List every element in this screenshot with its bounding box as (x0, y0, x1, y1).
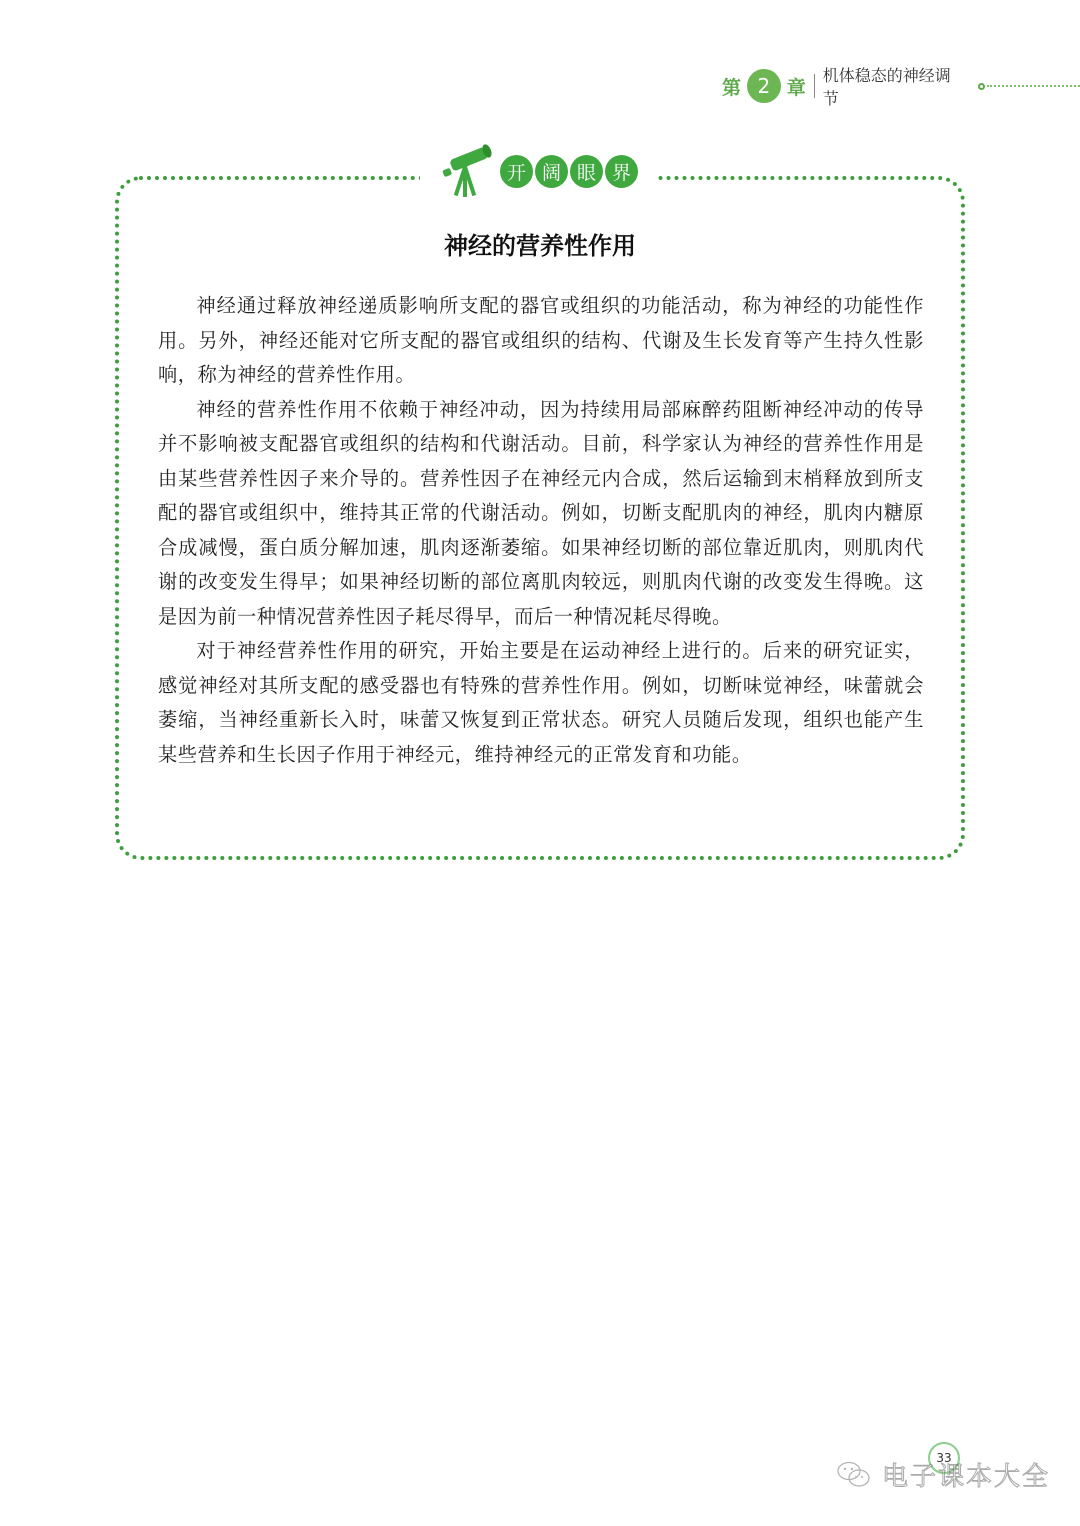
section-badge-label: 开 阔 眼 界 (500, 155, 638, 188)
telescope-icon (440, 143, 496, 199)
article-body: 神经通过释放神经递质影响所支配的器官或组织的功能活动，称为神经的功能性作用。另外… (158, 289, 924, 772)
section-badge: 开 阔 眼 界 (420, 140, 658, 202)
watermark-text: 电子课本大全 (882, 1456, 1050, 1493)
article-title: 神经的营养性作用 (0, 226, 1080, 261)
chapter-header: 第 2 章 机体稳态的神经调节 (722, 68, 1080, 104)
badge-char: 眼 (570, 155, 603, 188)
chapter-prefix: 第 (722, 73, 741, 100)
divider (814, 74, 815, 98)
paragraph: 神经的营养性作用不依赖于神经冲动，因为持续用局部麻醉药阻断神经冲动的传导并不影响… (158, 393, 924, 635)
watermark: 电子课本大全 (836, 1456, 1050, 1493)
chapter-title: 机体稳态的神经调节 (823, 63, 966, 109)
chapter-suffix: 章 (787, 73, 806, 100)
paragraph: 神经通过释放神经递质影响所支配的器官或组织的功能活动，称为神经的功能性作用。另外… (158, 289, 924, 393)
badge-char: 阔 (535, 155, 568, 188)
ring-dot-icon (978, 83, 985, 90)
chapter-number-badge: 2 (747, 69, 781, 103)
badge-char: 界 (605, 155, 638, 188)
dotted-rule (987, 85, 1080, 87)
badge-char: 开 (500, 155, 533, 188)
paragraph: 对于神经营养性作用的研究，开始主要是在运动神经上进行的。后来的研究证实，感觉神经… (158, 634, 924, 772)
wechat-icon (836, 1460, 872, 1490)
